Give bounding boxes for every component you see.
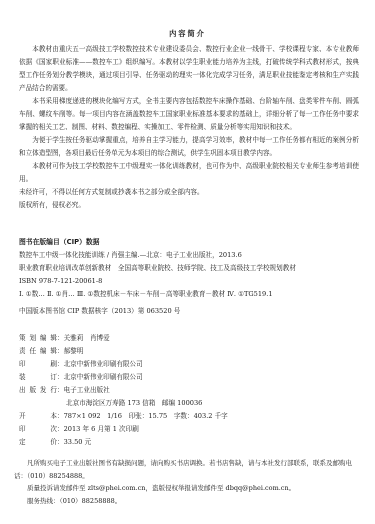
cip-isbn: ISBN 978-7-121-20061-8 <box>19 275 102 288</box>
colophon-row-binder: 装 订：北京中新伟业印刷有限公司 <box>19 371 143 384</box>
footer-complaint-email: 质量投诉请发邮件至 zlts@phei.com.cn，盗版侵权举报请发邮件至 d… <box>14 482 364 495</box>
copyright-page: 内容简介 本教材由重庆五一高级技工学校数控技术专业建设委员会、数控行业企业一线骨… <box>0 0 375 524</box>
intro-body: 本教材由重庆五一高级技工学校数控技术专业建设委员会、数控行业企业一线骨干、学校课… <box>19 43 359 186</box>
cip-library-number: 中国版本图书馆 CIP 数据核字（2013）第 063520 号 <box>19 305 180 318</box>
colophon-row-publisher: 出版发行：电子工业出版社 <box>19 384 110 397</box>
footer-notice: 凡所购买电子工业出版社图书有缺损问题，请向购买书店调换。若书店售缺，请与本社发行… <box>14 457 364 507</box>
cip-heading: 图书在版编目（CIP）数据 <box>19 236 99 249</box>
cip-title-line: 数控车工中级一体化技能训练 / 肖强主编.—北京：电子工业出版社，2013.6 <box>19 249 242 262</box>
colophon-row-price: 定 价：33.50 元 <box>19 436 91 449</box>
footer-return-policy: 凡所购买电子工业出版社图书有缺损问题，请向购买书店调换。若书店售缺，请与本社发行… <box>14 457 364 482</box>
colophon-row-address: 北京市海淀区万寿路 173 信箱 邮编 100036 <box>19 397 202 410</box>
footer-hotline: 服务热线：（010）88258888。 <box>14 495 364 508</box>
colophon-row-planning-editor: 策划编辑：关雅莉 肖博爱 <box>19 332 110 345</box>
rights-reserved: 版权所有，侵权必究。 <box>19 199 85 212</box>
intro-paragraph: 本教材由重庆五一高级技工学校数控技术专业建设委员会、数控行业企业一线骨干、学校课… <box>19 43 359 95</box>
intro-paragraph: 本书采用梯度递进的模块化编写方式，全书主要内容包括数控车床操作基础、台阶轴车削、… <box>19 95 359 134</box>
cip-classification: Ⅰ. ①数… Ⅱ. ①肖… Ⅲ. ①数控机床－车床－车削－高等职业教育－教材 Ⅳ… <box>19 288 273 301</box>
copyright-notice: 未经许可，不得以任何方式复制或抄袭本书之部分或全部内容。 <box>19 186 204 199</box>
intro-paragraph: 为便于学生按任务驱动掌握重点，培养自主学习能力，提高学习效率，教材中每一工作任务… <box>19 134 359 160</box>
intro-paragraph: 本教材可作为技工学校数控车工中级理实一体化训练教材，也可作为中、高级职业院校相关… <box>19 160 359 186</box>
colophon-row-printer: 印 刷：北京中新伟业印刷有限公司 <box>19 358 143 371</box>
section-title: 内容简介 <box>0 29 375 39</box>
colophon-row-impression: 印 次：2013 年 6 月第 1 次印刷 <box>19 423 139 436</box>
colophon-row-responsible-editor: 责任编辑：郝黎明 <box>19 345 83 358</box>
cip-series-line: 职业教育职业培训改革创新教材 全国高等职业院校、技师学院、技工及高级技工学校规划… <box>19 262 296 275</box>
colophon-row-format: 开 本：787×1 092 1/16 印张：15.75 字数：403.2 千字 <box>19 410 228 423</box>
